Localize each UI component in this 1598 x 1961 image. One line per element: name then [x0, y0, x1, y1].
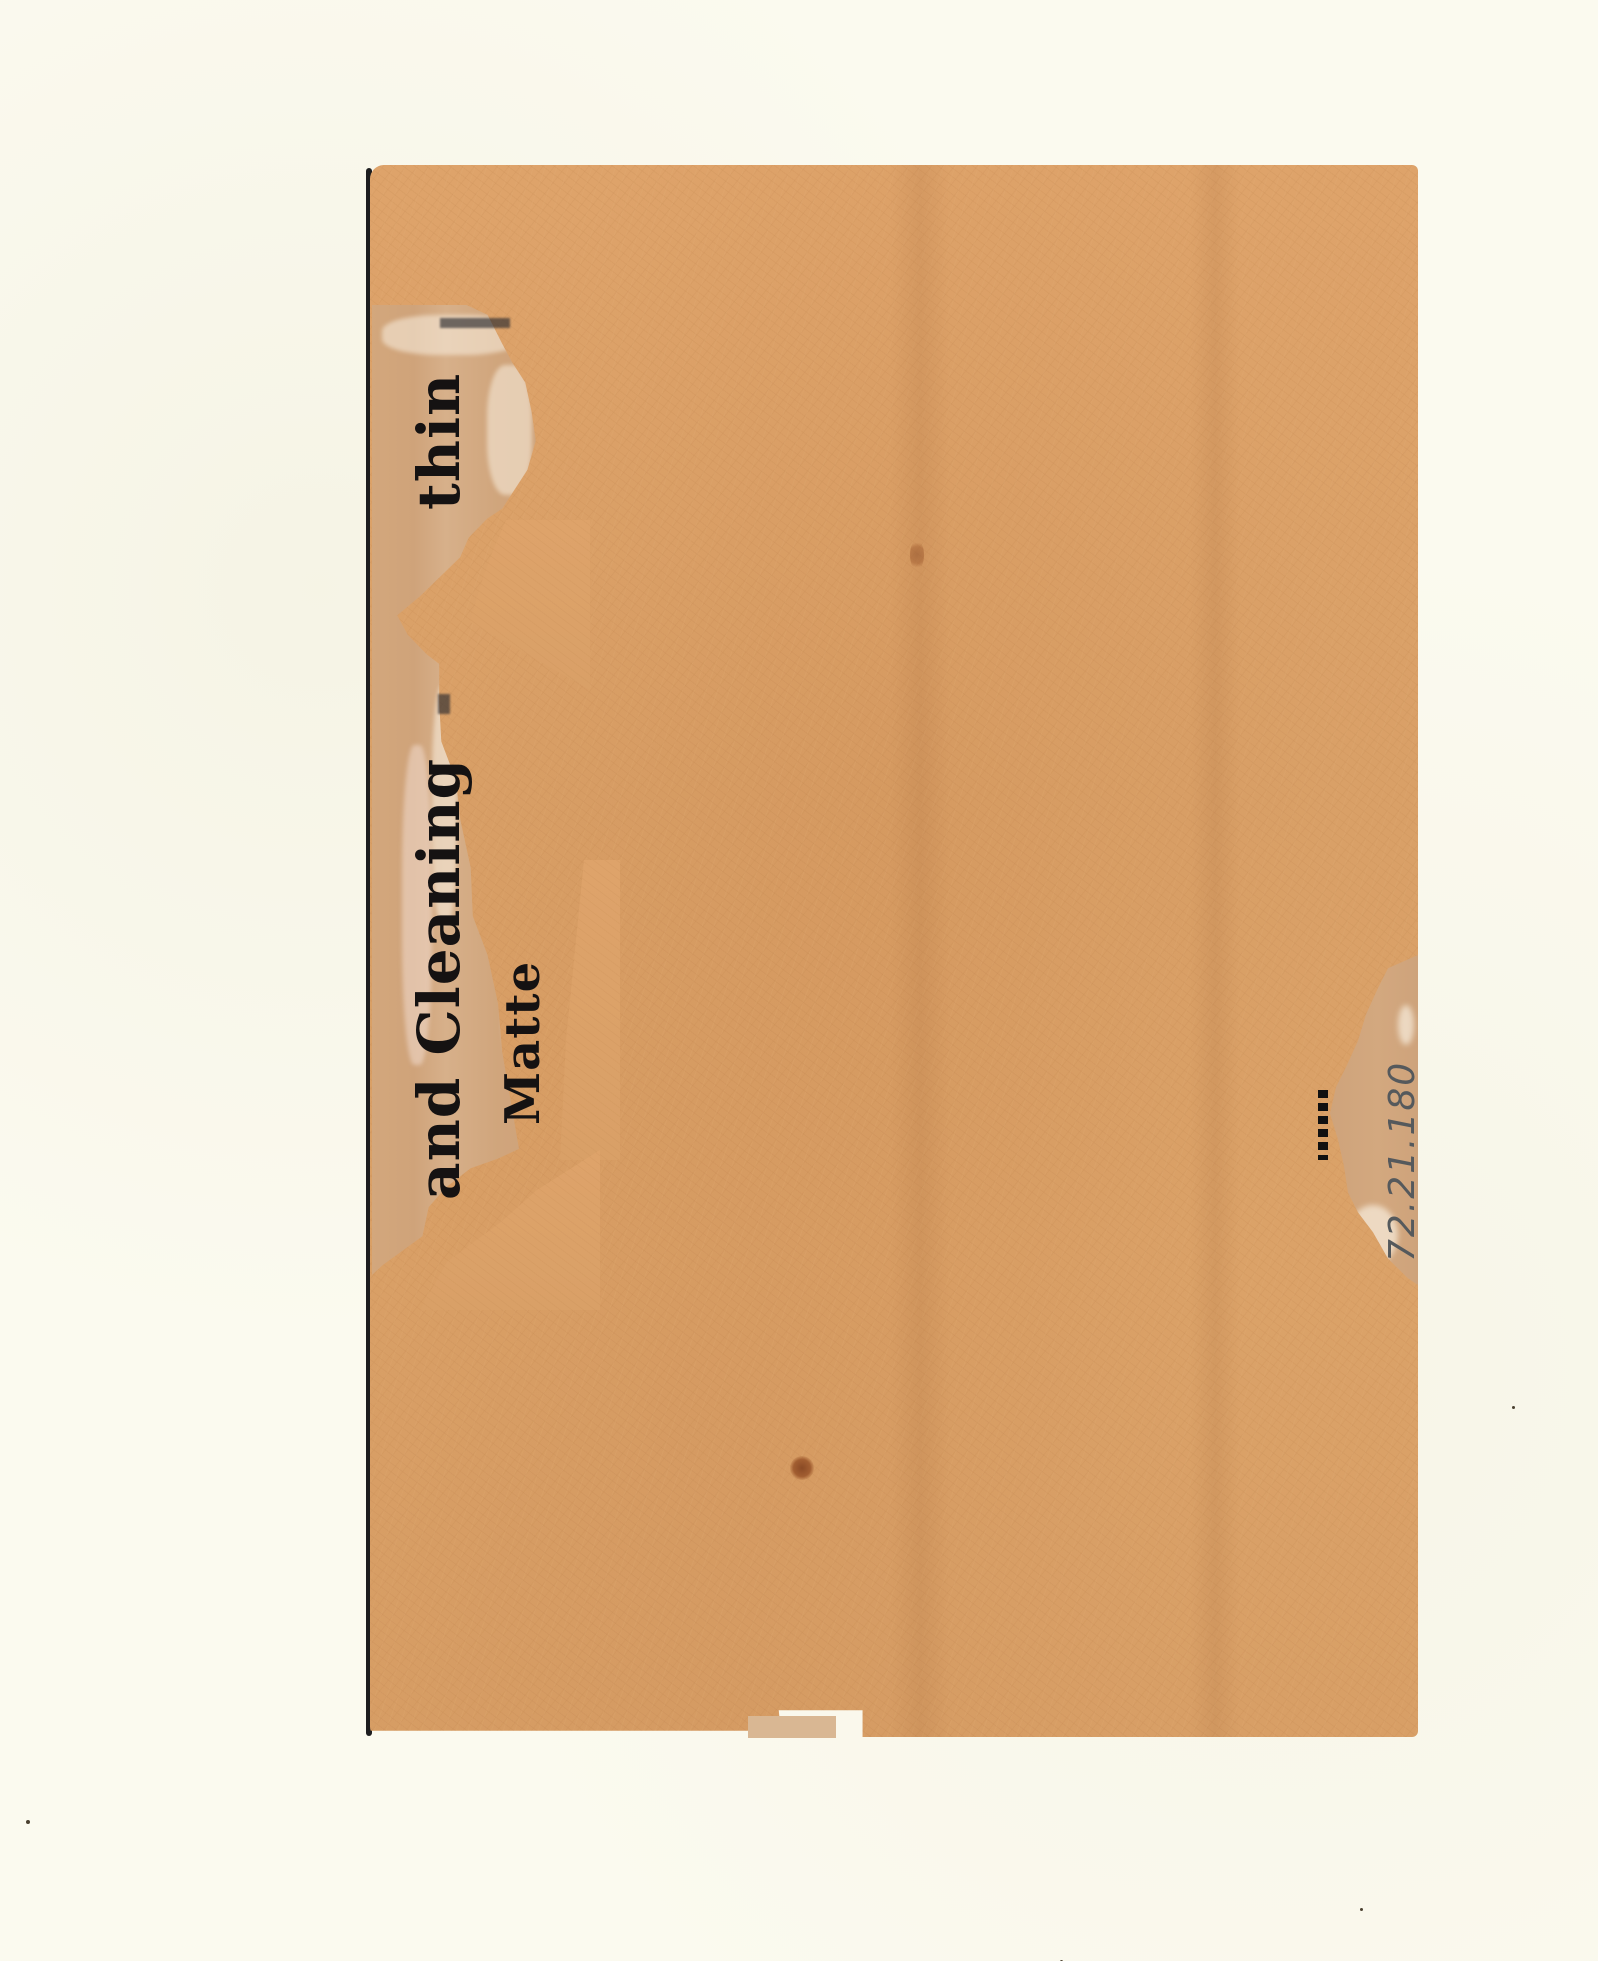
card-crease: [1190, 165, 1240, 1737]
card-crease: [890, 165, 950, 1737]
paper-fiber: [1398, 1005, 1414, 1045]
stain-spot: [790, 1456, 814, 1480]
bottom-torn-notch: [748, 1716, 836, 1738]
handwritten-accession-number: 72.21.180: [1382, 1061, 1423, 1262]
printed-text-right-fragment: [1318, 1090, 1328, 1160]
stain-spot: [910, 540, 924, 570]
dust-speck: [1512, 1406, 1515, 1409]
printed-text-top-fragment: thin: [405, 373, 473, 510]
printed-text-second-line: Matte: [495, 961, 551, 1125]
ink-smudge: [440, 318, 510, 328]
ink-smudge: [438, 694, 450, 714]
dust-speck: [1360, 1908, 1363, 1911]
dust-speck: [26, 1820, 30, 1824]
printed-text-main-line: and Cleaning: [405, 758, 473, 1200]
